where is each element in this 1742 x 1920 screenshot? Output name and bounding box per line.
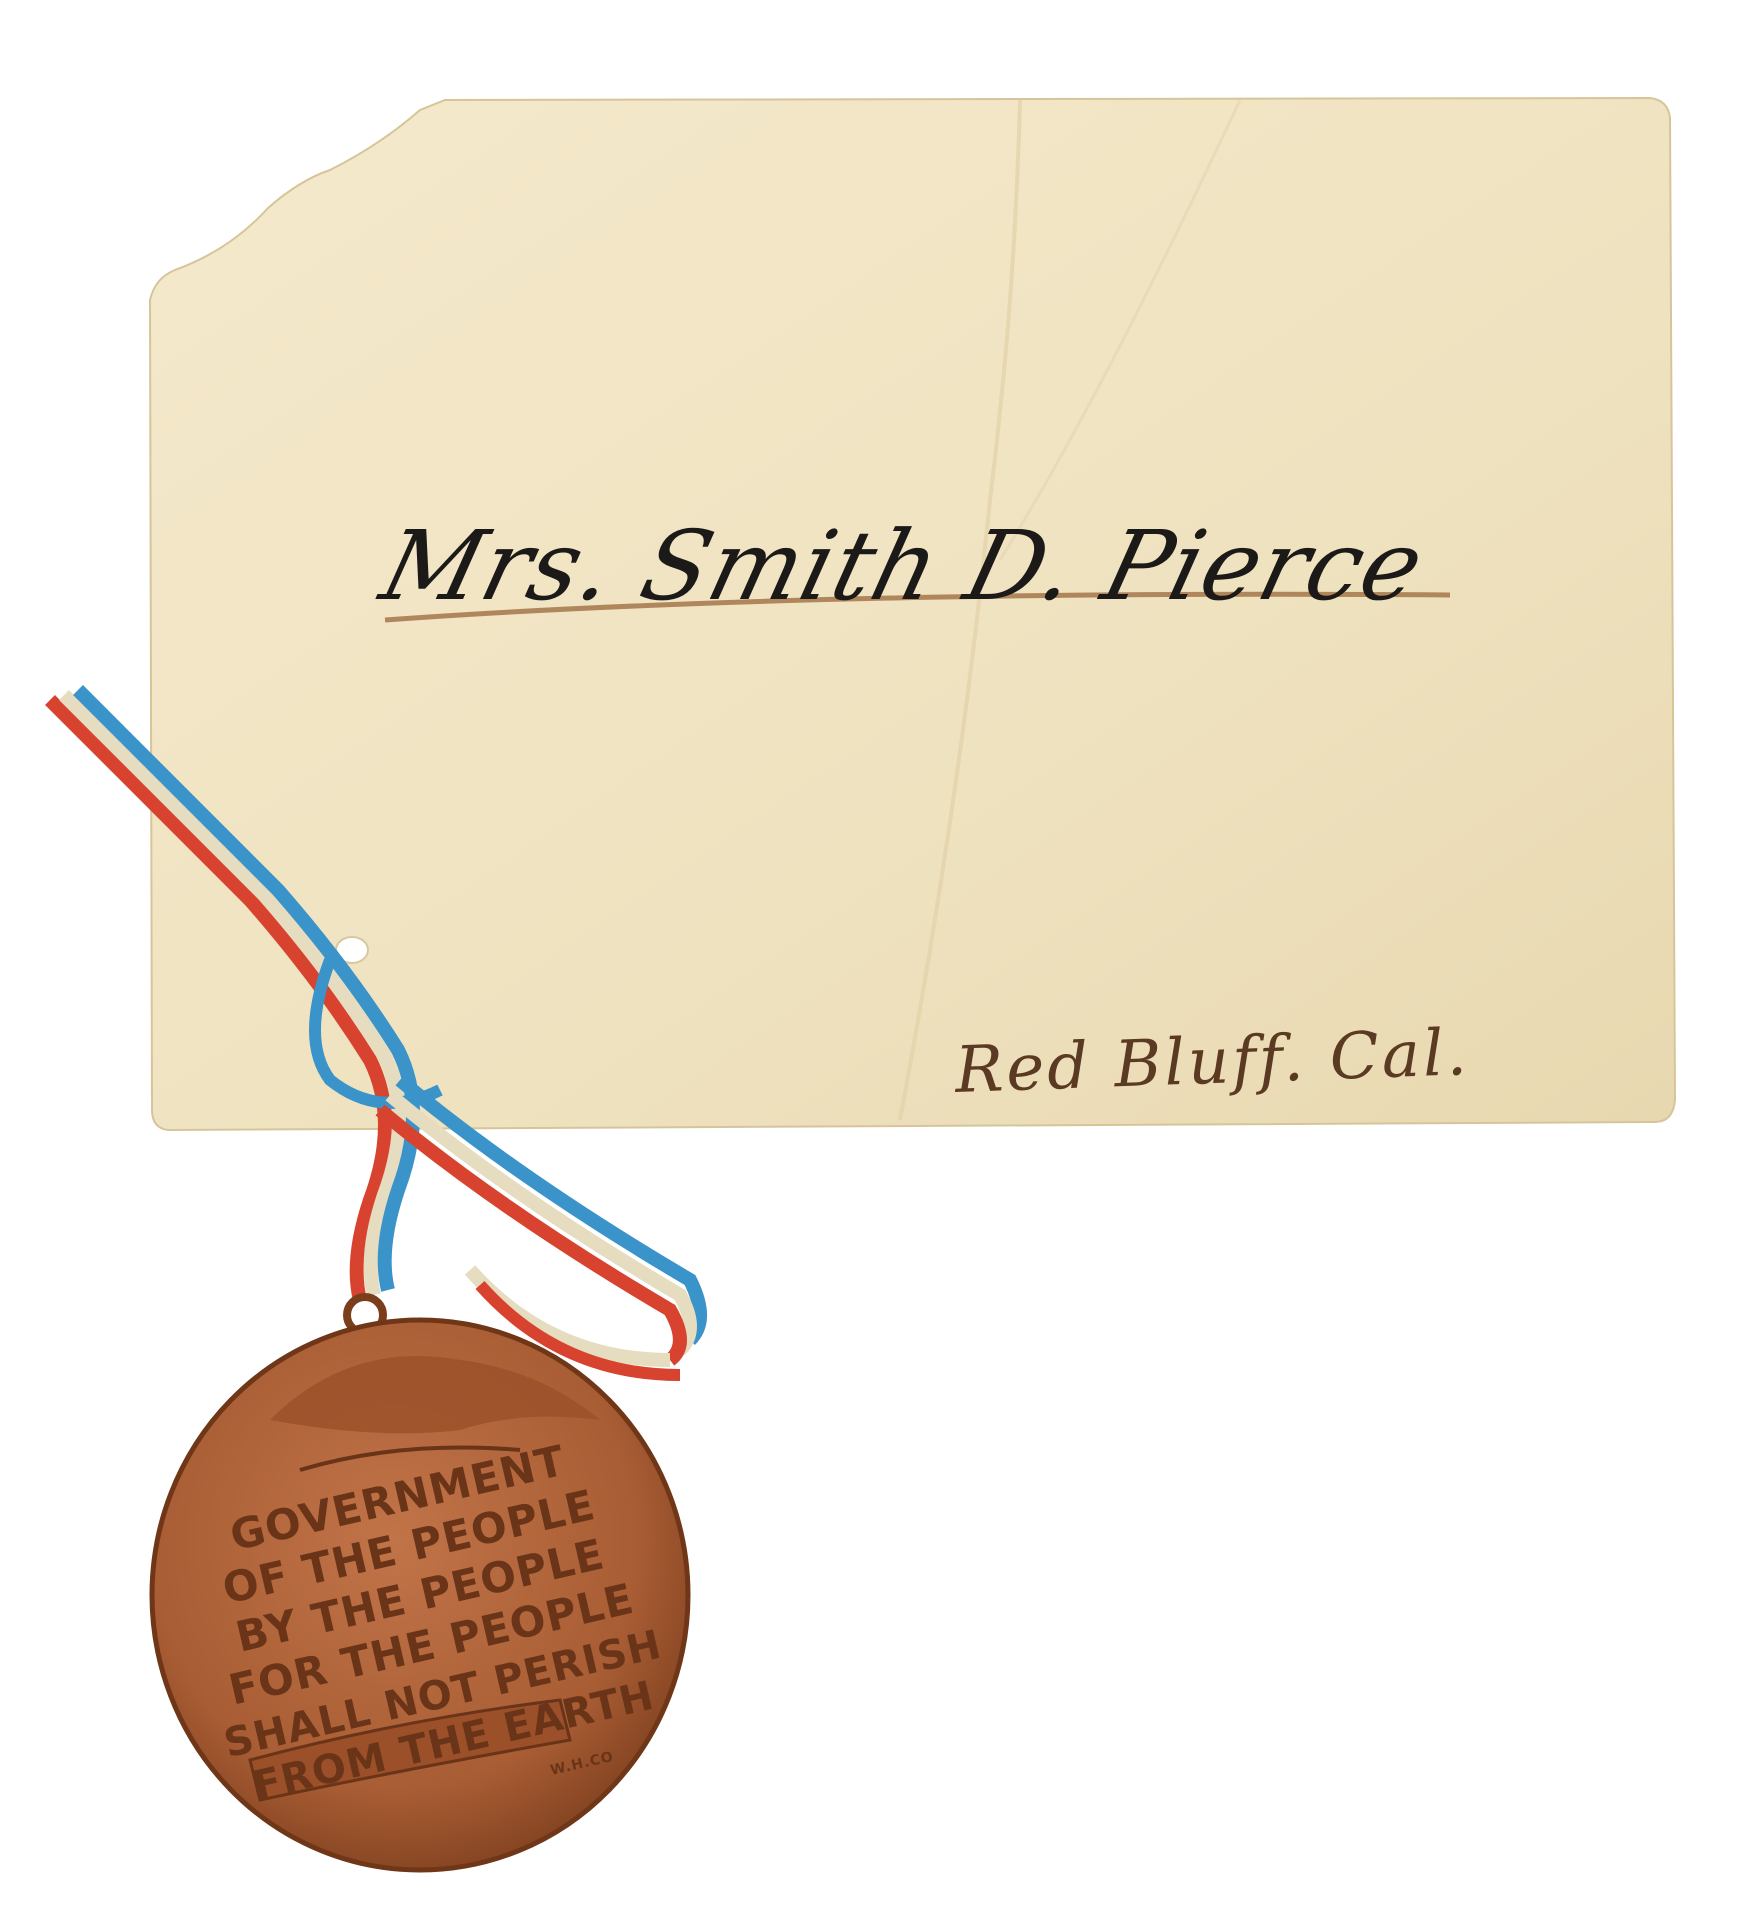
scene-graphics: GOVERNMENT OF THE PEOPLE BY THE PEOPLE F…	[0, 0, 1742, 1920]
bronze-medal: GOVERNMENT OF THE PEOPLE BY THE PEOPLE F…	[152, 1320, 688, 1870]
engraved-name: Mrs. Smith D. Pierce	[371, 510, 1435, 622]
photo-stage: GOVERNMENT OF THE PEOPLE BY THE PEOPLE F…	[0, 0, 1742, 1920]
